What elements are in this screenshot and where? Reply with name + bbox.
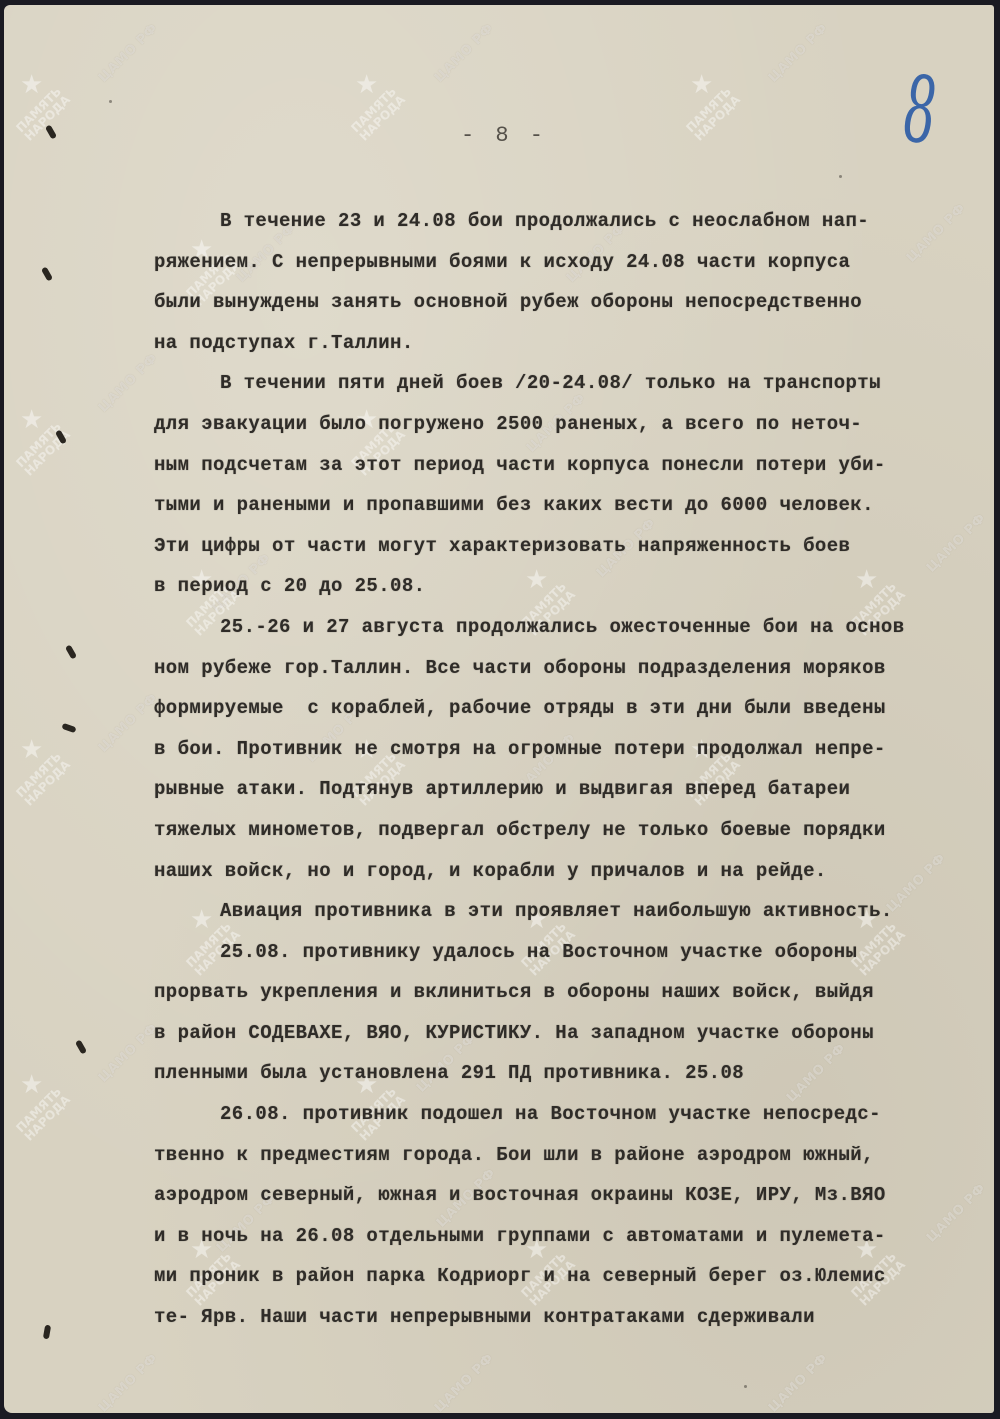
watermark-project: ★ ПАМЯТЬНАРОДА: [14, 1070, 84, 1140]
star-icon: ★: [355, 70, 378, 100]
text-line: Эти цифры от части могут характеризовать…: [154, 526, 994, 567]
watermark-project: ★ ПАМЯТЬНАРОДА: [14, 405, 84, 475]
text-line: наших войск, но и город, и корабли у при…: [154, 851, 994, 892]
punch-mark: [75, 1039, 87, 1054]
watermark-archive: ЦАМО РФ: [96, 1351, 161, 1416]
text-line: ном рубеже гор.Таллин. Все части обороны…: [154, 648, 994, 689]
paper-speck: [109, 100, 112, 103]
star-icon: ★: [20, 405, 43, 435]
text-line: те- Ярв. Наши части непрерывными контрат…: [154, 1297, 994, 1338]
text-line: в период с 20 до 25.08.: [154, 566, 994, 607]
text-line: Авиация противника в эти проявляет наибо…: [154, 891, 994, 932]
text-line: ряжением. С непрерывными боями к исходу …: [154, 242, 994, 283]
text-line: аэродром северный, южная и восточная окр…: [154, 1175, 994, 1216]
text-line: ми проник в район парка Кодриорг и на се…: [154, 1256, 994, 1297]
star-icon: ★: [20, 1070, 43, 1100]
watermark-archive: ЦАМО РФ: [766, 1351, 831, 1416]
punch-mark: [61, 723, 76, 733]
star-icon: ★: [20, 735, 43, 765]
watermark-archive: ЦАМО РФ: [96, 351, 161, 416]
typed-body-text: В течение 23 и 24.08 бои продолжались с …: [154, 201, 994, 1338]
punch-mark: [65, 644, 77, 659]
star-icon: ★: [690, 70, 713, 100]
watermark-archive: ЦАМО РФ: [432, 1351, 497, 1416]
paper-speck: [839, 175, 842, 178]
text-line: пленными была установлена 291 ПД противн…: [154, 1053, 994, 1094]
text-line: в район СОДЕВАХЕ, ВЯО, КУРИСТИКУ. На зап…: [154, 1013, 994, 1054]
text-line: на подступах г.Таллин.: [154, 323, 994, 364]
watermark-archive: ЦАМО РФ: [766, 21, 831, 86]
text-line: твенно к предместиям города. Бои шли в р…: [154, 1135, 994, 1176]
text-line: формируемые с кораблей, рабочие отряды в…: [154, 688, 994, 729]
text-line: для эвакуации было погружено 2500 ранены…: [154, 404, 994, 445]
text-line: тыми и ранеными и пропавшими без каких в…: [154, 485, 994, 526]
handwritten-page-number: 8: [902, 55, 938, 166]
text-line: 26.08. противник подошел на Восточном уч…: [154, 1094, 994, 1135]
text-line: прорвать укрепления и вклиниться в оборо…: [154, 972, 994, 1013]
document-page: ЦАМО РФ ЦАМО РФ ЦАМО РФ ЦАМО РФ ЦАМО РФ …: [4, 5, 994, 1413]
text-line: и в ночь на 26.08 отдельными группами с …: [154, 1216, 994, 1257]
star-icon: ★: [20, 70, 43, 100]
text-line: 25.08. противнику удалось на Восточном у…: [154, 932, 994, 973]
punch-mark: [43, 1325, 51, 1340]
punch-mark: [41, 266, 53, 281]
watermark-archive: ЦАМО РФ: [96, 691, 161, 756]
page-number: - 8 -: [4, 123, 1000, 148]
text-line: В течение 23 и 24.08 бои продолжались с …: [154, 201, 994, 242]
paper-speck: [744, 1385, 747, 1388]
text-line: были вынуждены занять основной рубеж обо…: [154, 282, 994, 323]
watermark-archive: ЦАМО РФ: [96, 21, 161, 86]
text-line: ным подсчетам за этот период части корпу…: [154, 445, 994, 486]
text-line: рывные атаки. Подтянув артиллерию и выдв…: [154, 769, 994, 810]
punch-mark: [55, 429, 67, 444]
watermark-project: ★ ПАМЯТЬНАРОДА: [14, 735, 84, 805]
text-line: тяжелых минометов, подвергал обстрелу не…: [154, 810, 994, 851]
text-line: 25.-26 и 27 августа продолжались ожесточ…: [154, 607, 994, 648]
text-line: В течении пяти дней боев /20-24.08/ толь…: [154, 363, 994, 404]
watermark-archive: ЦАМО РФ: [432, 21, 497, 86]
watermark-archive: ЦАМО РФ: [96, 1021, 161, 1086]
text-line: в бои. Противник не смотря на огромные п…: [154, 729, 994, 770]
